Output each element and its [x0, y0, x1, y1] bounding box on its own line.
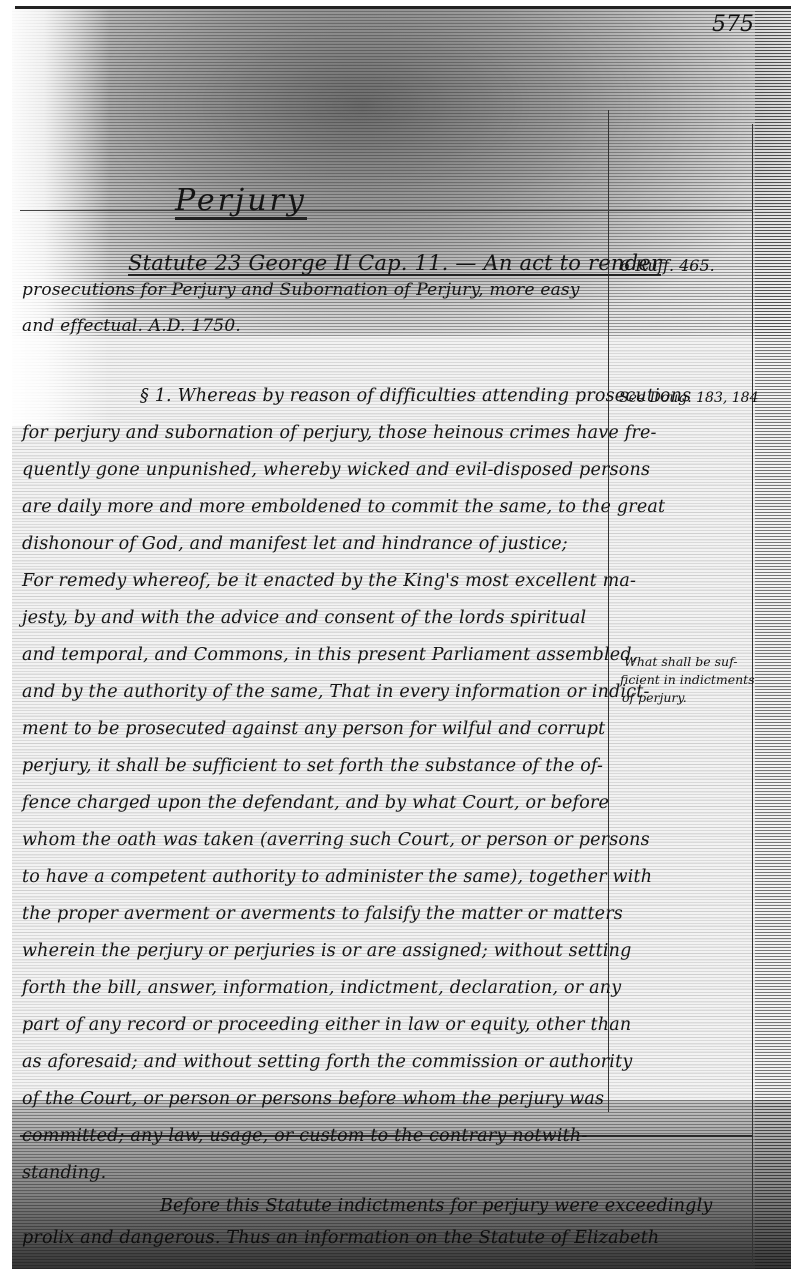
section-line: whom the oath was taken (averring such C…: [22, 830, 650, 850]
section-line: standing.: [22, 1163, 106, 1183]
section-line: ment to be prosecuted against any person…: [22, 719, 605, 739]
margin-note-line: What shall be suf-: [624, 654, 737, 669]
page-number: 575: [712, 12, 754, 37]
section-line: jesty, by and with the advice and consen…: [22, 608, 586, 628]
statute-title-line: prosecutions for Perjury and Subornation…: [22, 280, 580, 300]
section-line: forth the bill, answer, information, ind…: [22, 978, 621, 998]
section-line: for perjury and subornation of perjury, …: [22, 423, 657, 443]
section-line: wherein the perjury or perjuries is or a…: [22, 941, 632, 961]
section-line: the proper averment or averments to fals…: [22, 904, 623, 924]
scan-shadow-right: [755, 6, 791, 1269]
scan-fade-left: [0, 6, 110, 426]
section-line: perjury, it shall be sufficient to set f…: [22, 756, 603, 776]
page-title: Perjury: [175, 186, 307, 220]
margin-note-line: ficient in indictments: [620, 672, 755, 687]
margin-reference: See Doug. 183, 184: [619, 390, 759, 406]
section-line: quently gone unpunished, whereby wicked …: [22, 460, 650, 480]
section-line: For remedy whereof, be it enacted by the…: [22, 571, 636, 591]
section-line: § 1. Whereas by reason of difficulties a…: [140, 386, 691, 406]
page-top-edge: [15, 6, 791, 9]
statute-heading: Statute 23 George II Cap. 11. — An act t…: [128, 252, 661, 276]
section-line: to have a competent authority to adminis…: [22, 867, 652, 887]
closing-line: prolix and dangerous. Thus an informatio…: [22, 1228, 659, 1248]
statute-title-line: and effectual. A.D. 1750.: [22, 316, 241, 336]
section-line: of the Court, or person or persons befor…: [22, 1089, 604, 1109]
margin-note-line: of perjury.: [622, 690, 687, 705]
margin-reference: 6 Ruff. 465.: [620, 256, 715, 275]
top-ruling: [20, 210, 753, 211]
section-line: dishonour of God, and manifest let and h…: [22, 534, 568, 554]
section-line: and temporal, and Commons, in this prese…: [22, 645, 638, 665]
section-line: fence charged upon the defendant, and by…: [22, 793, 609, 813]
section-line: are daily more and more emboldened to co…: [22, 497, 665, 517]
section-line: and by the authority of the same, That i…: [22, 682, 650, 702]
closing-line: Before this Statute indictments for perj…: [160, 1196, 712, 1216]
section-line: part of any record or proceeding either …: [22, 1015, 631, 1035]
margin-rule-right: [752, 124, 753, 1264]
section-line: committed; any law, usage, or custom to …: [22, 1126, 587, 1146]
section-line: as aforesaid; and without setting forth …: [22, 1052, 632, 1072]
